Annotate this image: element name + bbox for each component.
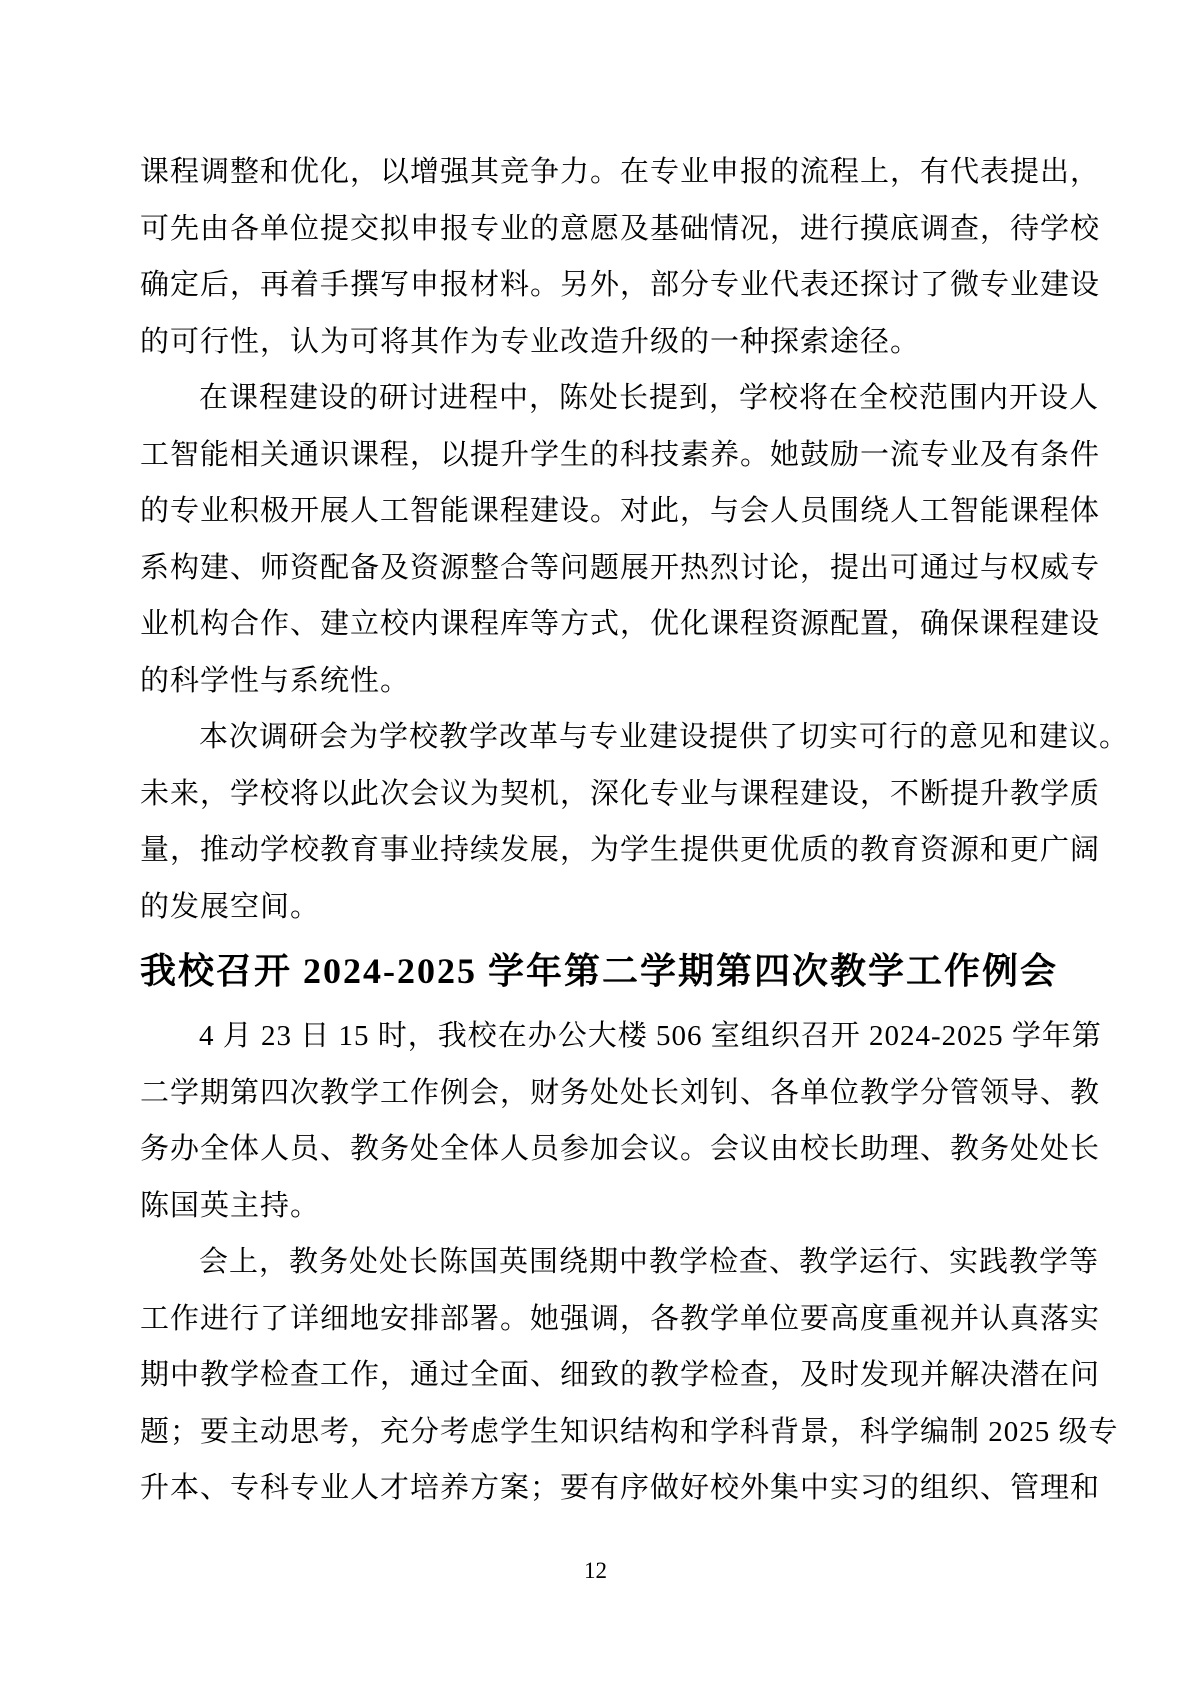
document-content: 课程调整和优化，以增强其竞争力。在专业申报的流程上，有代表提出，可先由各单位提交… — [140, 144, 1051, 1517]
page-footer: 12 — [0, 1556, 1191, 1586]
text-line: 在课程建设的研讨进程中，陈处长提到，学校将在全校范围内开设人 — [140, 370, 1051, 427]
text-line: 期中教学检查工作，通过全面、细致的教学检查，及时发现并解决潜在问 — [140, 1347, 1051, 1404]
text-line: 陈国英主持。 — [140, 1178, 1051, 1235]
text-line: 确定后，再着手撰写申报材料。另外，部分专业代表还探讨了微专业建设 — [140, 257, 1051, 314]
paragraph: 4 月 23 日 15 时，我校在办公大楼 506 室组织召开 2024-202… — [140, 1008, 1051, 1234]
text-line: 可先由各单位提交拟申报专业的意愿及基础情况，进行摸底调查，待学校 — [140, 201, 1051, 258]
text-line: 工智能相关通识课程，以提升学生的科技素养。她鼓励一流专业及有条件 — [140, 427, 1051, 484]
section-heading: 我校召开 2024-2025 学年第二学期第四次教学工作例会 — [140, 935, 1051, 1008]
text-line: 工作进行了详细地安排部署。她强调，各教学单位要高度重视并认真落实 — [140, 1291, 1051, 1348]
text-line: 4 月 23 日 15 时，我校在办公大楼 506 室组织召开 2024-202… — [140, 1008, 1051, 1065]
text-line: 升本、专科专业人才培养方案；要有序做好校外集中实习的组织、管理和 — [140, 1460, 1051, 1517]
text-line: 题；要主动思考，充分考虑学生知识结构和学科背景，科学编制 2025 级专 — [140, 1404, 1051, 1461]
text-line: 的发展空间。 — [140, 879, 1051, 936]
text-line: 会上，教务处处长陈国英围绕期中教学检查、教学运行、实践教学等 — [140, 1234, 1051, 1291]
heading-line: 我校召开 2024-2025 学年第二学期第四次教学工作例会 — [140, 935, 1051, 1008]
text-line: 本次调研会为学校教学改革与专业建设提供了切实可行的意见和建议。 — [140, 709, 1051, 766]
text-line: 二学期第四次教学工作例会，财务处处长刘钊、各单位教学分管领导、教 — [140, 1065, 1051, 1122]
paragraph: 会上，教务处处长陈国英围绕期中教学检查、教学运行、实践教学等工作进行了详细地安排… — [140, 1234, 1051, 1517]
document-page: 课程调整和优化，以增强其竞争力。在专业申报的流程上，有代表提出，可先由各单位提交… — [0, 0, 1191, 1684]
paragraph: 课程调整和优化，以增强其竞争力。在专业申报的流程上，有代表提出，可先由各单位提交… — [140, 144, 1051, 370]
text-line: 的专业积极开展人工智能课程建设。对此，与会人员围绕人工智能课程体 — [140, 483, 1051, 540]
paragraph: 在课程建设的研讨进程中，陈处长提到，学校将在全校范围内开设人工智能相关通识课程，… — [140, 370, 1051, 709]
page-number: 12 — [584, 1558, 607, 1583]
paragraph: 本次调研会为学校教学改革与专业建设提供了切实可行的意见和建议。未来，学校将以此次… — [140, 709, 1051, 935]
text-line: 量，推动学校教育事业持续发展，为学生提供更优质的教育资源和更广阔 — [140, 822, 1051, 879]
text-line: 的科学性与系统性。 — [140, 653, 1051, 710]
text-line: 系构建、师资配备及资源整合等问题展开热烈讨论，提出可通过与权威专 — [140, 540, 1051, 597]
text-line: 务办全体人员、教务处全体人员参加会议。会议由校长助理、教务处处长 — [140, 1121, 1051, 1178]
text-line: 未来，学校将以此次会议为契机，深化专业与课程建设，不断提升教学质 — [140, 766, 1051, 823]
text-line: 的可行性，认为可将其作为专业改造升级的一种探索途径。 — [140, 314, 1051, 371]
text-line: 业机构合作、建立校内课程库等方式，优化课程资源配置，确保课程建设 — [140, 596, 1051, 653]
text-line: 课程调整和优化，以增强其竞争力。在专业申报的流程上，有代表提出， — [140, 144, 1051, 201]
